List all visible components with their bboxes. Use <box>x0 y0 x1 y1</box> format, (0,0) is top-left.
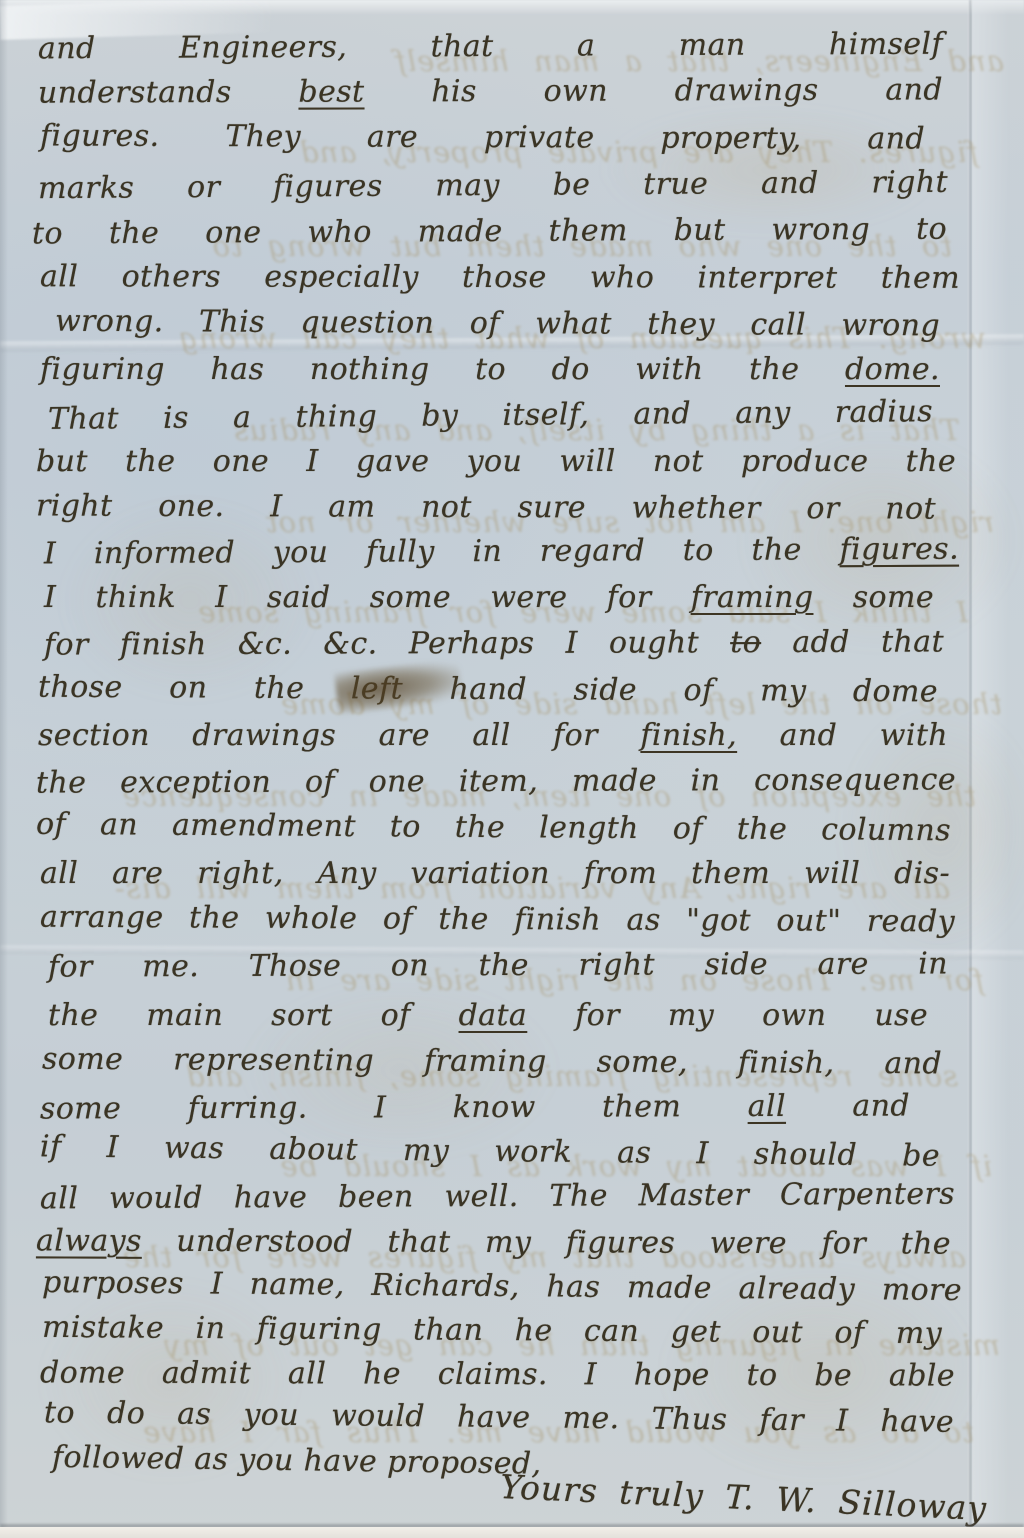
letter-line: to do as you would have me. Thus far I h… <box>44 1394 954 1442</box>
signature: Yours truly T. W. Silloway <box>499 1467 987 1528</box>
underlined-word: all <box>748 1089 786 1124</box>
underlined-word: data <box>459 998 528 1033</box>
letter-line: but the one I gave you will not produce … <box>36 443 956 481</box>
letter-line: purposes I name, Richards, has made alre… <box>42 1264 962 1310</box>
paper-fold-right-band <box>972 0 1024 1538</box>
letter-line: if I was about my work as I should be <box>40 1128 940 1175</box>
letter-line: wrong. This question of what they call w… <box>55 303 940 346</box>
letter-line: all others especially those who interpre… <box>40 258 960 298</box>
letter-page: and Engineers, that a man himselffigures… <box>0 0 1024 1538</box>
underlined-word: figures. <box>839 532 959 568</box>
letter-line: section drawings are all for finish, and… <box>38 717 948 755</box>
paper-fold-right-line <box>968 0 972 1538</box>
letter-line: of an amendment to the length of the col… <box>36 806 951 850</box>
letter-line: for me. Those on the right side are in <box>48 945 948 986</box>
scan-background-strip <box>0 1527 1024 1538</box>
letter-line: and Engineers, that a man himself <box>38 26 943 69</box>
underlined-word: dome. <box>845 352 940 387</box>
letter-line: the exception of one item, made in conse… <box>36 761 956 802</box>
letter-line: to the one who made them but wrong to <box>32 211 947 254</box>
letter-line: That is a thing by itself, and any radiu… <box>48 393 933 439</box>
paper-edge-left <box>0 0 8 1538</box>
letter-line: marks or figures may be true and right <box>38 164 948 208</box>
letter-line: all are right, Any variation from them w… <box>40 855 950 893</box>
letter-line: understands best his own drawings and <box>38 71 943 112</box>
letter-line: I informed you fully in regard to the fi… <box>44 531 959 574</box>
struck-word: to <box>730 625 761 660</box>
letter-line: figuring has nothing to do with the dome… <box>40 351 940 389</box>
letter-line: those on the left hand side of my dome <box>38 669 938 712</box>
underlined-word: always <box>36 1223 142 1258</box>
letter-line: dome admit all he claims. I hope to be a… <box>40 1354 955 1395</box>
underlined-word: best <box>298 74 364 109</box>
letter-line: right one. I am not sure whether or not <box>36 487 936 528</box>
letter-line: for finish &c. &c. Perhaps I ought to ad… <box>44 623 944 664</box>
letter-line: I think I said some were for framing som… <box>44 579 934 617</box>
letter-line: arrange the whole of the finish as "got … <box>40 899 955 942</box>
paper-edge-bottom-shadow <box>0 1524 1024 1528</box>
letter-line: figures. They are private property, and <box>40 117 925 158</box>
underlined-word: framing <box>691 580 814 615</box>
letter-line: all would have been well. The Master Car… <box>40 1176 955 1219</box>
ink-smudge: left <box>351 671 403 706</box>
paper-crease-top-band <box>0 0 1024 18</box>
letter-line: mistake in figuring than he can get out … <box>42 1309 942 1353</box>
letter-line: the main sort of data for my own use <box>48 997 928 1035</box>
letter-line: some furring. I know them all and <box>40 1087 910 1128</box>
letter-line: always understood that my figures were f… <box>36 1222 951 1263</box>
underlined-word: finish, <box>640 718 737 753</box>
letter-line: some representing framing some, finish, … <box>42 1041 942 1084</box>
